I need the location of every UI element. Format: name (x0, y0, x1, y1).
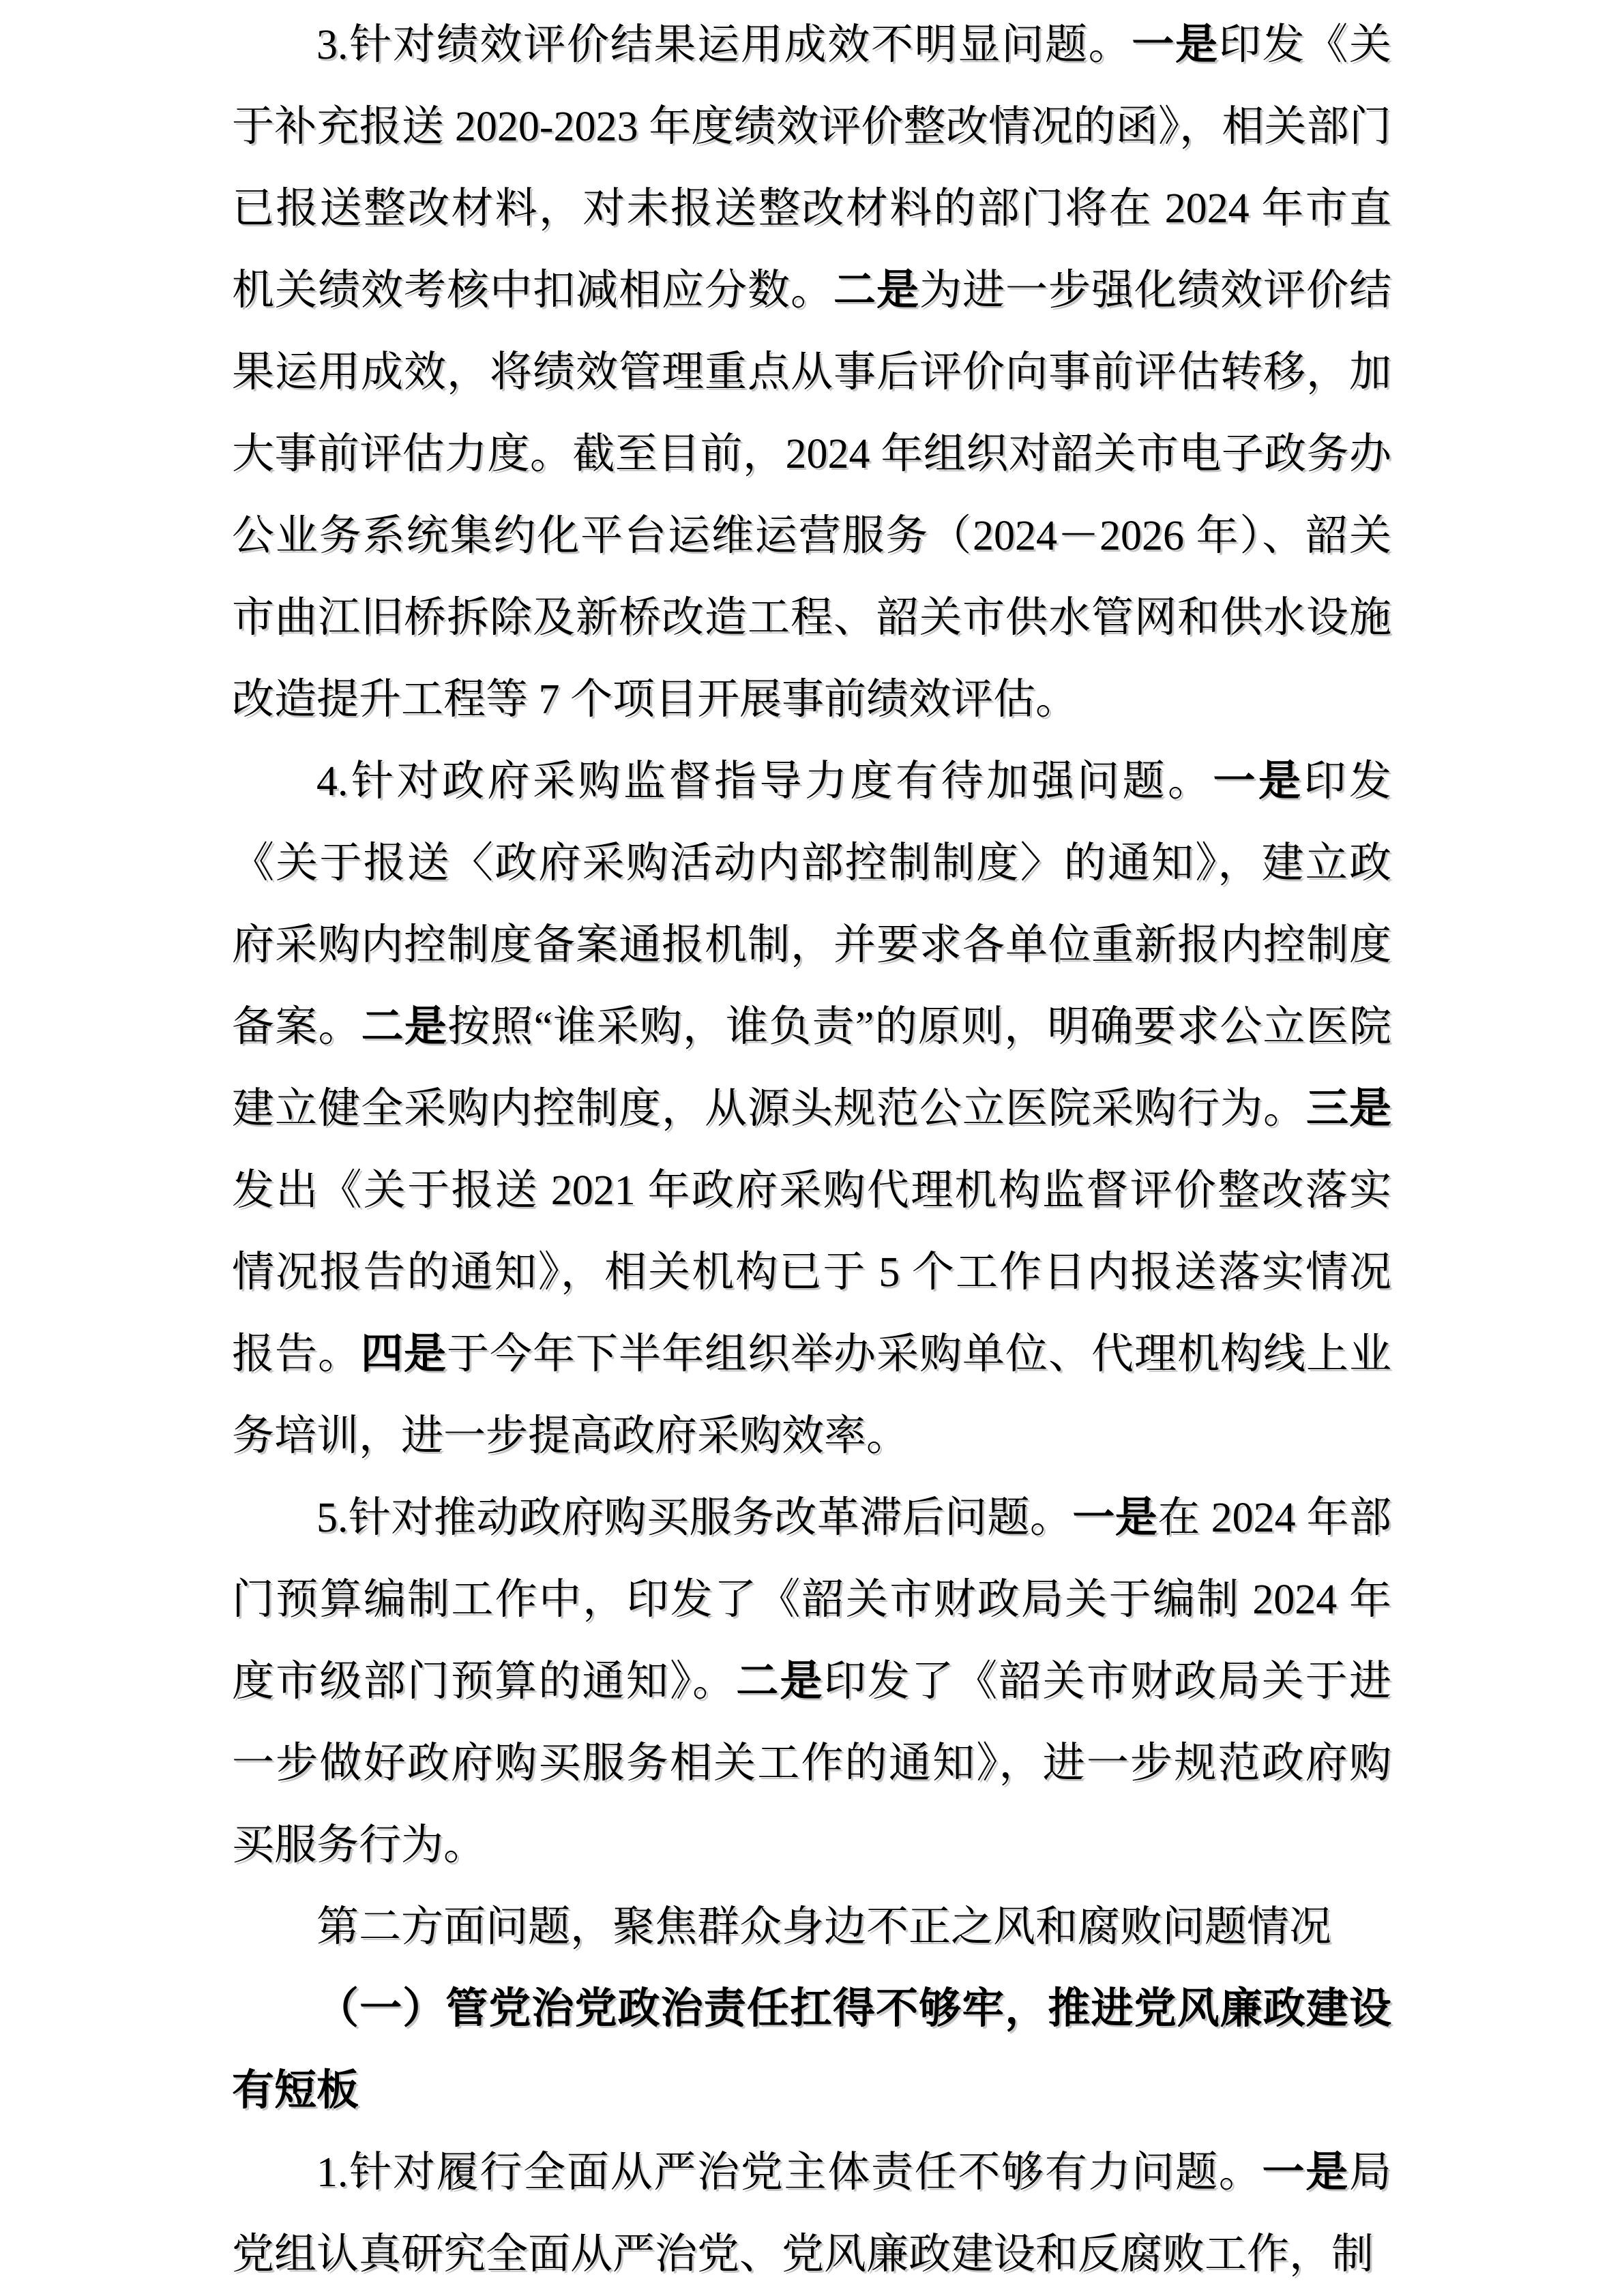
bold-text-run: （一）管党治党政治责任扛得不够牢，推进党风廉政建设有短板 (232, 1986, 1391, 2114)
item-4-government-procurement: 4.针对政府采购监督指导力度有待加强问题。一是印发《关于报送〈政府采购活动内部控… (232, 741, 1391, 1477)
text-run: 为进一步强化绩效评价结果运用成效，将绩效管理重点从事后评价向事前评估转移，加大事… (232, 267, 1391, 723)
item-5-service-purchase-reform: 5.针对推动政府购买服务改革滞后问题。一是在 2024 年部门预算编制工作中，印… (232, 1477, 1391, 1886)
bold-text-run: 二是 (833, 267, 919, 314)
bold-text-run: 一是 (1263, 2149, 1349, 2196)
bold-text-run: 一是 (1213, 758, 1303, 805)
item-3-performance-evaluation: 3.针对绩效评价结果运用成效不明显问题。一是印发《关于补充报送 2020-202… (232, 4, 1391, 741)
bold-text-run: 四是 (361, 1331, 447, 1377)
bold-text-run: 一是 (1132, 22, 1218, 68)
text-run: 4.针对政府采购监督指导力度有待加强问题。 (316, 758, 1213, 805)
bold-text-run: 二是 (736, 1658, 823, 1705)
text-run: 5.针对推动政府购买服务改革滞后问题。 (316, 1495, 1072, 1541)
document-text: 3.针对绩效评价结果运用成效不明显问题。一是印发《关于补充报送 2020-202… (232, 4, 1391, 2295)
document-page: 3.针对绩效评价结果运用成效不明显问题。一是印发《关于补充报送 2020-202… (0, 0, 1624, 2296)
bold-text-run: 三是 (1306, 1086, 1391, 1132)
section-2-intro: 第二方面问题，聚焦群众身边不正之风和腐败问题情况 (232, 1886, 1391, 1968)
item-1-party-responsibility: 1.针对履行全面从严治党主体责任不够有力问题。一是局党组认真研究全面从严治党、党… (232, 2132, 1391, 2295)
text-run: 1.针对履行全面从严治党主体责任不够有力问题。 (316, 2149, 1263, 2196)
section-2-1-heading: （一）管党治党政治责任扛得不够牢，推进党风廉政建设有短板 (232, 1968, 1391, 2132)
bold-text-run: 二是 (361, 1004, 447, 1050)
bold-text-run: 一是 (1072, 1495, 1157, 1541)
text-run: 3.针对绩效评价结果运用成效不明显问题。 (316, 22, 1132, 68)
text-run: 第二方面问题，聚焦群众身边不正之风和腐败问题情况 (316, 1904, 1331, 1950)
